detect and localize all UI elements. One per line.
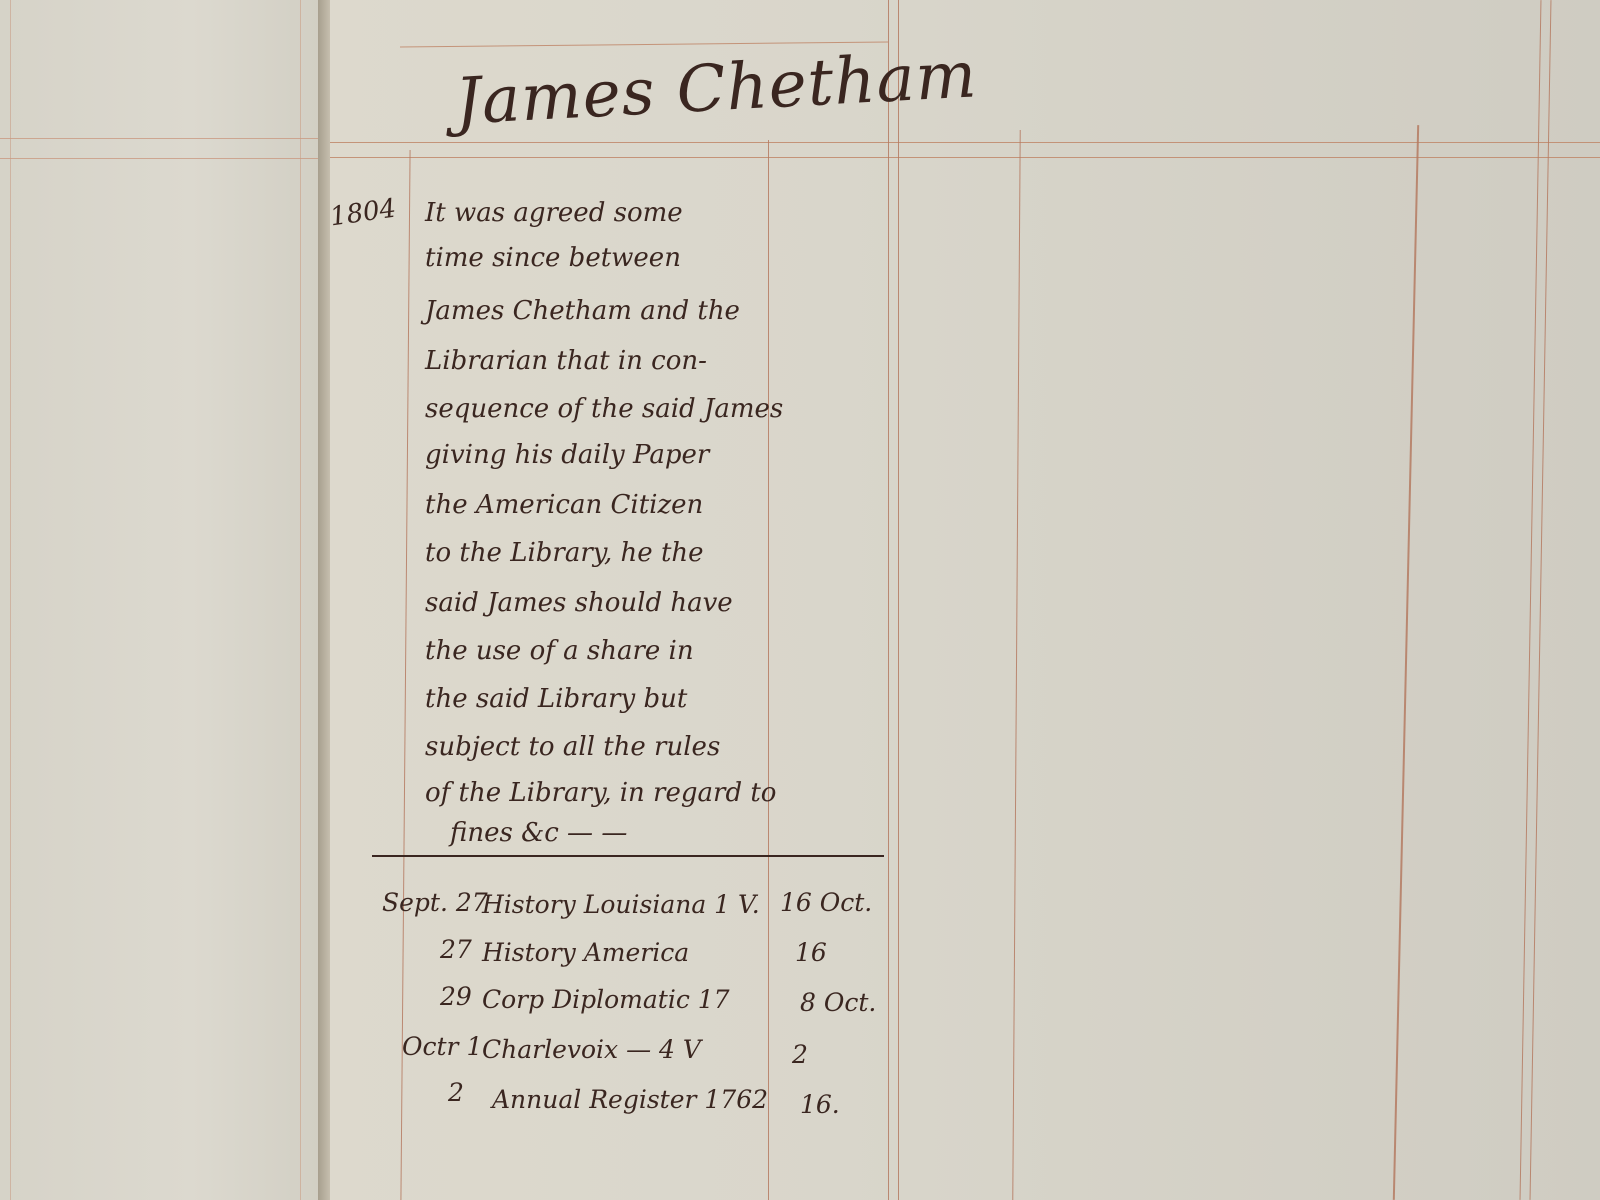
agreement-line: to the Library, he the	[425, 538, 704, 568]
agreement-line: of the Library, in regard to	[425, 778, 776, 808]
entry-date: Sept. 27	[382, 888, 488, 917]
entry-divider	[372, 855, 884, 857]
column-rule	[888, 0, 889, 1200]
ledger-rule	[0, 158, 320, 159]
agreement-line: It was agreed some	[425, 198, 683, 228]
left-page	[0, 0, 320, 1200]
entry-date: 29	[440, 982, 472, 1011]
agreement-line: the American Citizen	[425, 490, 703, 520]
entry-format: 2	[792, 1040, 808, 1069]
entry-date: 2	[448, 1078, 464, 1107]
entry-title: History America	[482, 938, 689, 967]
ledger-rule-top	[330, 142, 1600, 143]
ledger-rule	[0, 138, 320, 139]
ledger-rule	[10, 0, 11, 1200]
entry-title: Corp Diplomatic 17	[482, 985, 730, 1014]
agreement-line: the said Library but	[425, 684, 687, 714]
entry-format: 16.	[800, 1090, 840, 1119]
agreement-line: James Chetham and the	[425, 296, 740, 326]
column-rule	[898, 0, 899, 1200]
entry-title: History Louisiana 1 V.	[482, 890, 760, 919]
ledger-rule-top-2	[330, 157, 1600, 158]
entry-title: Annual Register 1762	[492, 1085, 768, 1114]
agreement-line: Librarian that in con-	[425, 346, 707, 376]
entry-title: Charlevoix — 4 V	[482, 1035, 701, 1064]
entry-format: 16	[795, 938, 827, 967]
agreement-line: subject to all the rules	[425, 732, 720, 762]
agreement-line: sequence of the said James	[425, 394, 783, 424]
agreement-line: the use of a share in	[425, 636, 694, 666]
entry-format: 16 Oct.	[780, 888, 872, 917]
title-column-rule	[768, 140, 769, 1200]
ledger-rule	[300, 0, 301, 1200]
entry-format: 8 Oct.	[800, 988, 876, 1017]
agreement-line: time since between	[425, 243, 681, 273]
entry-date: 27	[440, 935, 472, 964]
agreement-line: said James should have	[425, 588, 733, 618]
agreement-line: fines &c — —	[450, 818, 627, 848]
entry-date: Octr 1	[402, 1032, 482, 1061]
agreement-line: giving his daily Paper	[425, 440, 709, 470]
